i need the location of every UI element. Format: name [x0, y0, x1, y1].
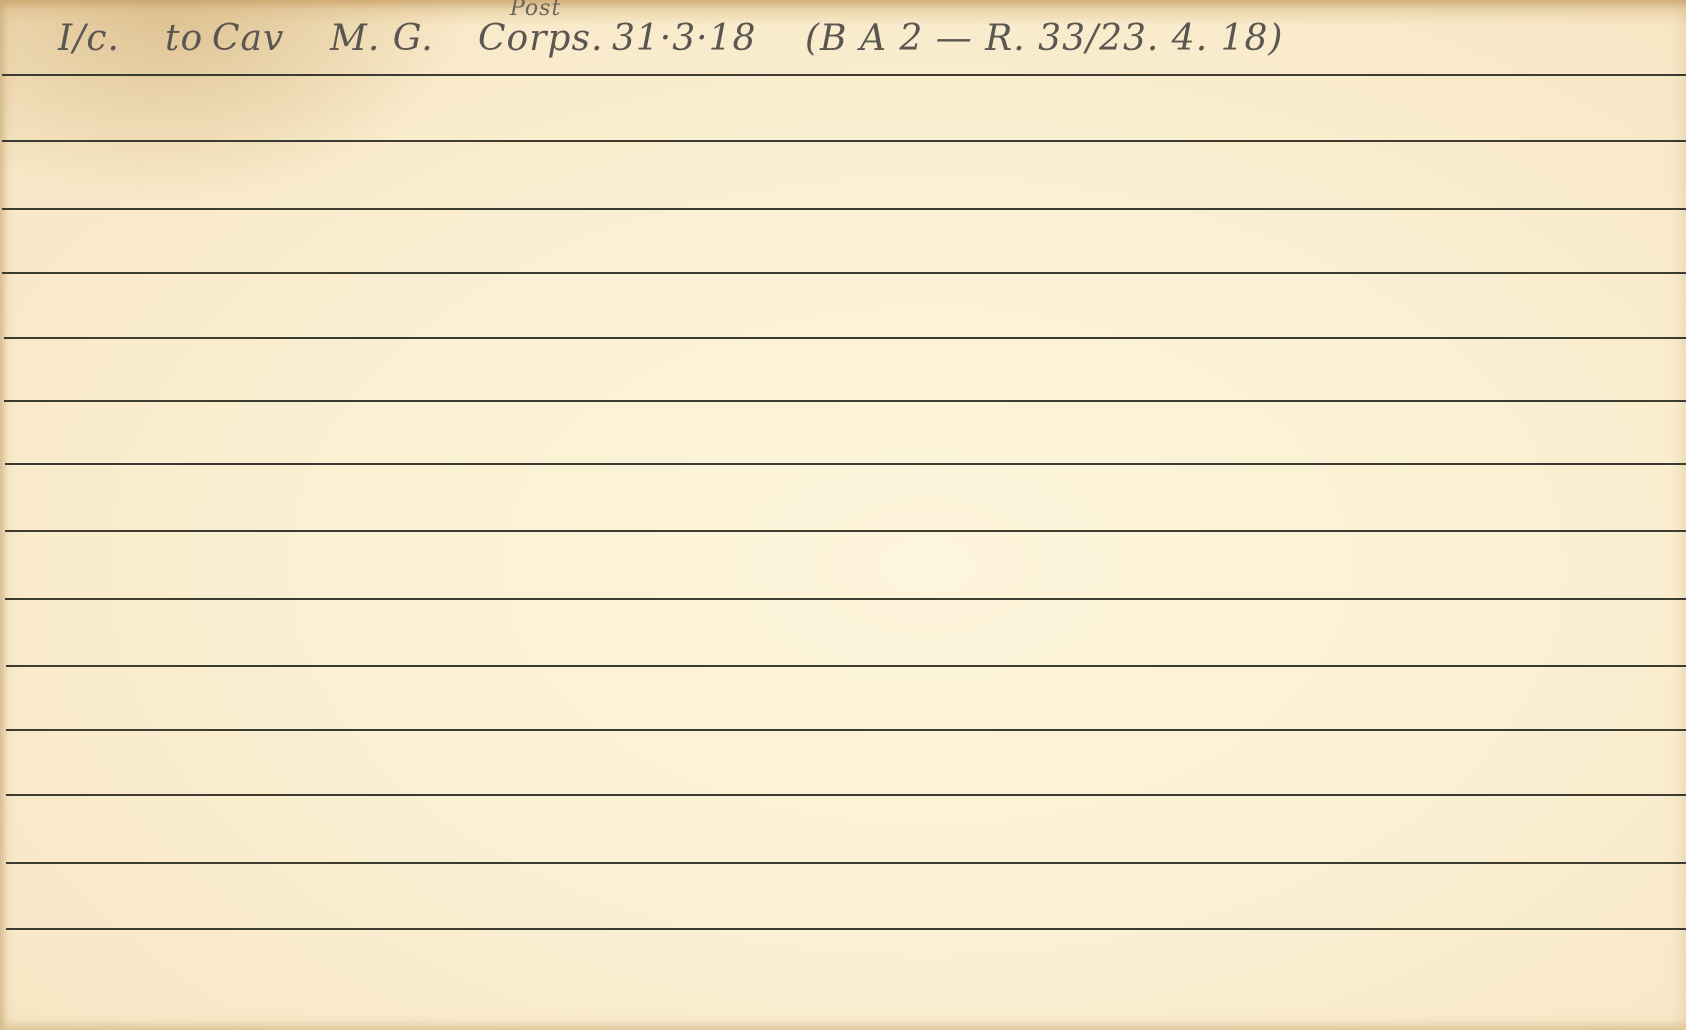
ruled-line	[5, 463, 1686, 465]
entry-ref: I/c.	[58, 18, 120, 59]
ruled-line	[6, 862, 1686, 864]
ruled-line	[2, 74, 1686, 76]
entry-unit-corps: Corps.	[478, 18, 603, 59]
ruled-line	[2, 272, 1686, 274]
index-card: I/c. to Cav M. G. Post Corps. 31·3·18 (B…	[0, 0, 1686, 1030]
card-edge-wear-left	[0, 0, 8, 1030]
ruled-line	[6, 665, 1686, 667]
ruled-line	[5, 530, 1686, 532]
entry-to: to	[165, 18, 203, 59]
ruled-line	[6, 928, 1686, 930]
entry-reference-note: (B A 2 — R. 33/23. 4. 18)	[805, 18, 1283, 59]
ruled-line	[6, 729, 1686, 731]
entry-date: 31·3·18	[612, 18, 756, 59]
entry-unit-cav: Cav	[212, 18, 284, 59]
card-edge-wear-bottom	[0, 1020, 1686, 1030]
ruled-line	[5, 598, 1686, 600]
ruled-line	[6, 794, 1686, 796]
ruled-line	[4, 400, 1686, 402]
ruled-line	[4, 337, 1686, 339]
ruled-line	[2, 208, 1686, 210]
entry-unit-mg: M. G.	[330, 18, 434, 59]
ruled-line	[2, 140, 1686, 142]
